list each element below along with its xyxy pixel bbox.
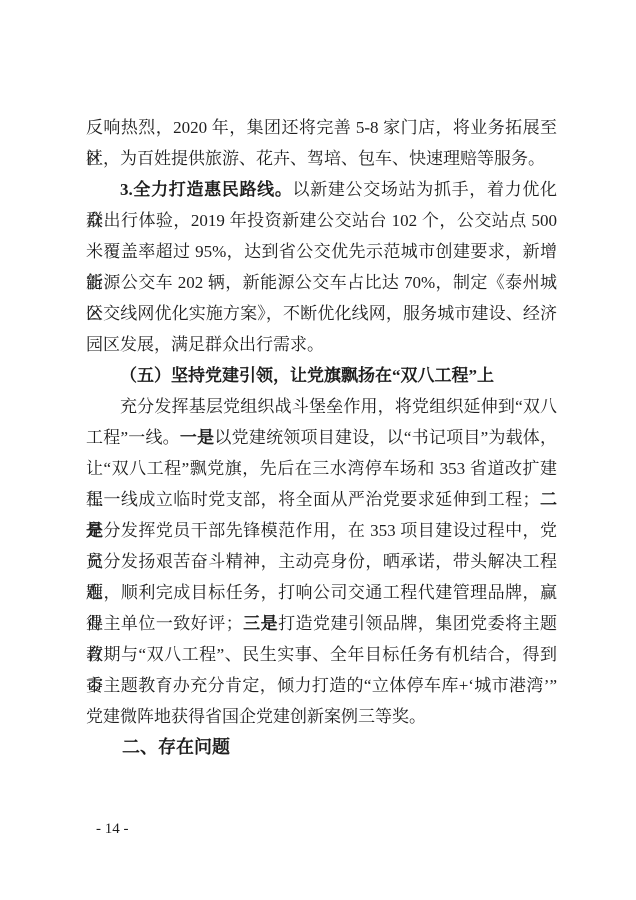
text-line: 委主题教育办充分肯定，倾力打造的“立体停车库+‘城市港湾’” (86, 670, 557, 701)
text-line: 党建微阵地获得省国企党建创新案例三等奖。 (86, 701, 557, 732)
text-line: 园区发展，满足群众出行需求。 (86, 329, 557, 360)
text-line: 区，为百姓提供旅游、花卉、驾培、包车、快速理赔等服务。 (86, 143, 557, 174)
text-segment: 工程”一线。 (86, 428, 180, 447)
text-line: 公交线网优化实施方案》，不断优化线网，服务城市建设、经济 (86, 298, 557, 329)
emphasis-segment: 一是 (180, 428, 214, 447)
text-line: 让“双八工程”飘党旗，先后在三水湾停车场和 353 省道改扩建工 (86, 453, 557, 484)
text-line: 育期与“双八工程”、民生实事、全年目标任务有机结合，得到市 (86, 639, 557, 670)
text-line: 题，顺利完成目标任务，打响公司交通工程代建管理品牌，赢得 (86, 577, 557, 608)
document-body: 反响热烈，2020 年，集团还将完善 5-8 家门店，将业务拓展至社区，为百姓提… (86, 112, 557, 763)
text-segment: 以党建统领项目建设，以“书记项目”为载体， (214, 428, 557, 447)
text-line: 反响热烈，2020 年，集团还将完善 5-8 家门店，将业务拓展至社 (86, 112, 557, 143)
emphasis-segment: 三是 (243, 614, 278, 633)
text-line: 米覆盖率超过 95%，达到省公交优先示范城市创建要求，新增新 (86, 236, 557, 267)
text-segment: 业主单位一致好评； (86, 614, 243, 633)
text-line: 3.全力打造惠民路线。以新建公交场站为抓手，着力优化群 (86, 174, 557, 205)
text-segment: 党建微阵地获得省国企党建创新案例三等奖。 (86, 707, 426, 726)
text-line: 充分发扬艰苦奋斗精神，主动亮身份，晒承诺，带头解决工程难 (86, 546, 557, 577)
section-heading: （五）坚持党建引领，让党旗飘扬在“双八工程”上 (86, 360, 557, 391)
section-heading: 二、存在问题 (86, 732, 557, 763)
text-line: 程一线成立临时党支部，将全面从严治党要求延伸到工程；二是 (86, 484, 557, 515)
text-line: 工程”一线。一是以党建统领项目建设，以“书记项目”为载体， (86, 422, 557, 453)
text-line: 充分发挥党员干部先锋模范作用，在 353 项目建设过程中，党员 (86, 515, 557, 546)
emphasis-segment: 3.全力打造惠民路线。 (120, 180, 293, 199)
text-segment: 程一线成立临时党支部，将全面从严治党要求延伸到工程； (86, 490, 540, 509)
document-page: 反响热烈，2020 年，集团还将完善 5-8 家门店，将业务拓展至社区，为百姓提… (0, 0, 636, 900)
text-segment: 众出行体验，2019 年投资新建公交站台 102 个，公交站点 500 (86, 211, 557, 230)
text-segment: 充分发挥基层党组织战斗堡垒作用，将党组织延伸到“双八 (120, 397, 557, 416)
text-line: 众出行体验，2019 年投资新建公交站台 102 个，公交站点 500 (86, 205, 557, 236)
text-line: 业主单位一致好评；三是打造党建引领品牌，集团党委将主题教 (86, 608, 557, 639)
emphasis-segment: （五）坚持党建引领，让党旗飘扬在“双八工程”上 (120, 366, 494, 385)
text-line: 充分发挥基层党组织战斗堡垒作用，将党组织延伸到“双八 (86, 391, 557, 422)
text-segment: 公交线网优化实施方案》，不断优化线网，服务城市建设、经济 (86, 304, 557, 323)
page-number: - 14 - (96, 820, 129, 838)
text-segment: 园区发展，满足群众出行需求。 (86, 335, 324, 354)
text-segment: 区，为百姓提供旅游、花卉、驾培、包车、快速理赔等服务。 (86, 149, 545, 168)
text-segment: 委主题教育办充分肯定，倾力打造的“立体停车库+‘城市港湾’” (86, 676, 557, 695)
text-line: 能源公交车 202 辆，新能源公交车占比达 70%，制定《泰州城区 (86, 267, 557, 298)
emphasis-segment: 二、存在问题 (122, 737, 230, 757)
